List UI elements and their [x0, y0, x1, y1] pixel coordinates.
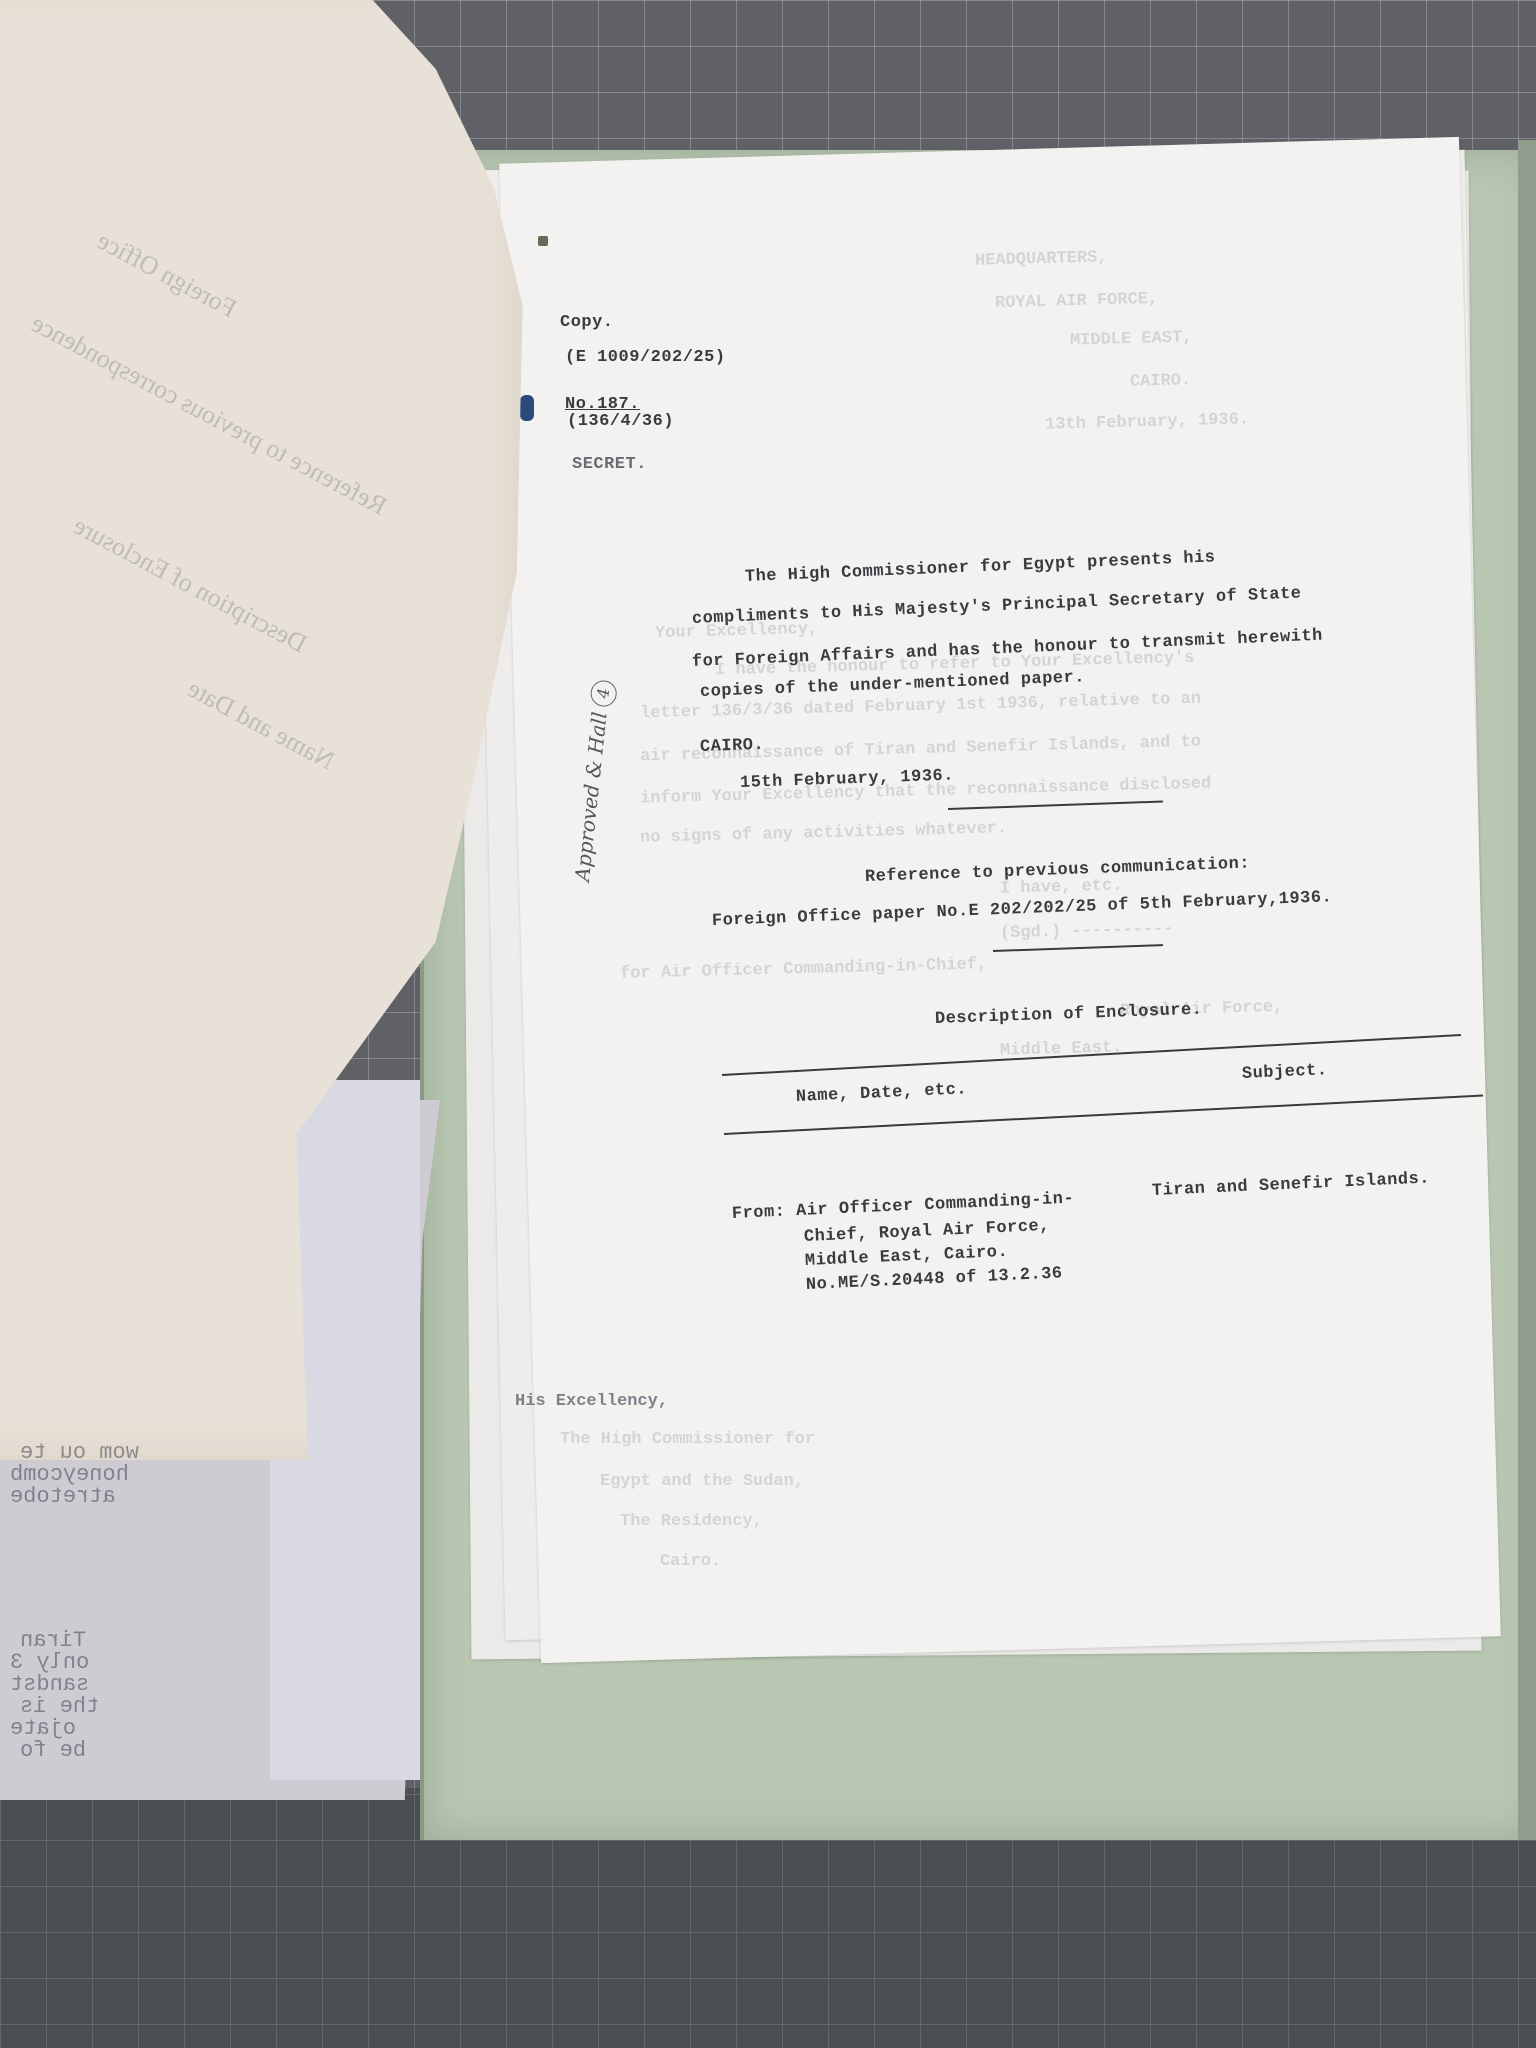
previous-reference-heading: Reference to previous communication:	[865, 855, 1251, 887]
row-from-line-2: Chief, Royal Air Force,	[804, 1217, 1051, 1247]
previous-reference-text: Foreign Office paper No.E 202/202/25 of …	[712, 888, 1333, 931]
circled-folio-number: 4	[589, 679, 618, 708]
binding-ring	[538, 236, 548, 246]
sub-reference: (136/4/36)	[567, 412, 674, 431]
file-reference: (E 1009/202/25)	[565, 348, 726, 367]
document-date: 15th February, 1936.	[740, 767, 955, 793]
date-underline	[948, 800, 1163, 810]
column-header-name-date: Name, Date, etc.	[796, 1080, 968, 1107]
treasury-tag-string	[520, 395, 534, 421]
column-header-subject: Subject.	[1242, 1061, 1328, 1084]
table-top-rule	[722, 1034, 1461, 1076]
row-from-line-3: Middle East, Cairo.	[805, 1243, 1009, 1271]
reference-underline	[993, 944, 1163, 952]
enclosure-heading: Description of Enclosure.	[935, 1001, 1203, 1029]
classification-label: SECRET.	[572, 455, 647, 474]
row-subject: Tiran and Senefir Islands.	[1152, 1169, 1431, 1201]
copy-label: Copy.	[560, 313, 614, 332]
place-label: CAIRO.	[700, 736, 765, 757]
